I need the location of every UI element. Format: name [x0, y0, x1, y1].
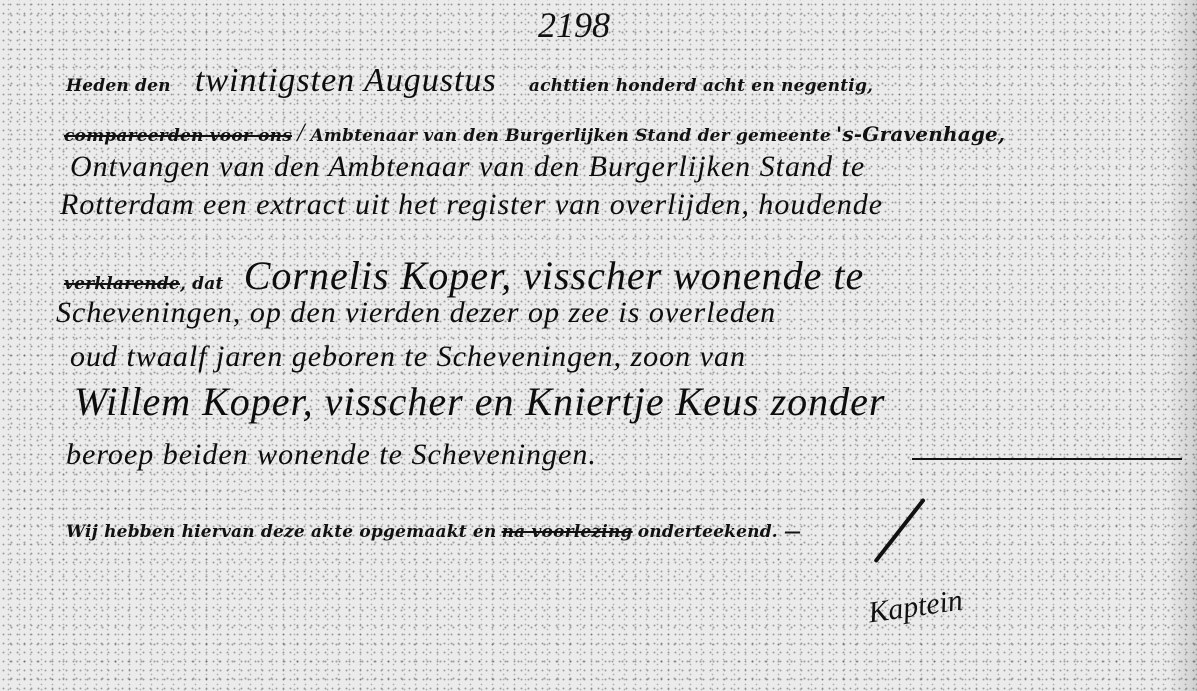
line-parents: Willem Koper, visscher en Kniertje Keus …: [74, 378, 885, 425]
printed-year: achttien honderd acht en negentig,: [529, 76, 873, 96]
line-age: oud twaalf jaren geboren te Scheveningen…: [70, 340, 746, 374]
line-date: Heden den twintigsten Augustus achttien …: [66, 62, 873, 100]
line-closing: Wij hebben hiervan deze akte opgemaakt e…: [66, 522, 801, 542]
fill-line: [912, 458, 1182, 460]
printed-onderteekend: onderteekend. —: [638, 522, 802, 542]
handwritten-deceased: Cornelis Koper, visscher wonende te: [244, 253, 865, 298]
struck-na-voorlezing: na voorlezing: [502, 522, 633, 542]
handwritten-date: twintigsten Augustus: [195, 62, 497, 99]
scanned-register-page: 2198 Heden den twintigsten Augustus acht…: [0, 0, 1197, 691]
printed-ambtenaar: Ambtenaar van den Burgerlijken Stand der…: [310, 126, 830, 146]
line-scheveningen: Scheveningen, op den vierden dezer op ze…: [56, 296, 776, 330]
line-rotterdam: Rotterdam een extract uit het register v…: [60, 188, 883, 222]
struck-compareerden: compareerden voor ons: [64, 126, 292, 146]
line-official: compareerden voor ons / Ambtenaar van de…: [64, 118, 1005, 148]
signature-flourish: [873, 498, 925, 564]
line-ontvangen: Ontvangen van den Ambtenaar van den Burg…: [70, 150, 865, 184]
bracket-mark: /: [297, 118, 305, 147]
record-number: 2198: [538, 4, 610, 46]
signature: Kaptein: [866, 584, 965, 631]
struck-verklarende: verklarende: [64, 274, 180, 294]
printed-dat: , dat: [180, 274, 224, 294]
printed-wij-hebben: Wij hebben hiervan deze akte opgemaakt e…: [66, 522, 496, 542]
page-edge-shadow: [1167, 0, 1197, 691]
printed-place: 's-Gravenhage,: [836, 122, 1005, 146]
printed-heden-den: Heden den: [66, 76, 171, 96]
line-beroep: beroep beiden wonende te Scheveningen.: [66, 438, 597, 472]
line-deceased: verklarende, dat Cornelis Koper, vissche…: [64, 252, 864, 299]
